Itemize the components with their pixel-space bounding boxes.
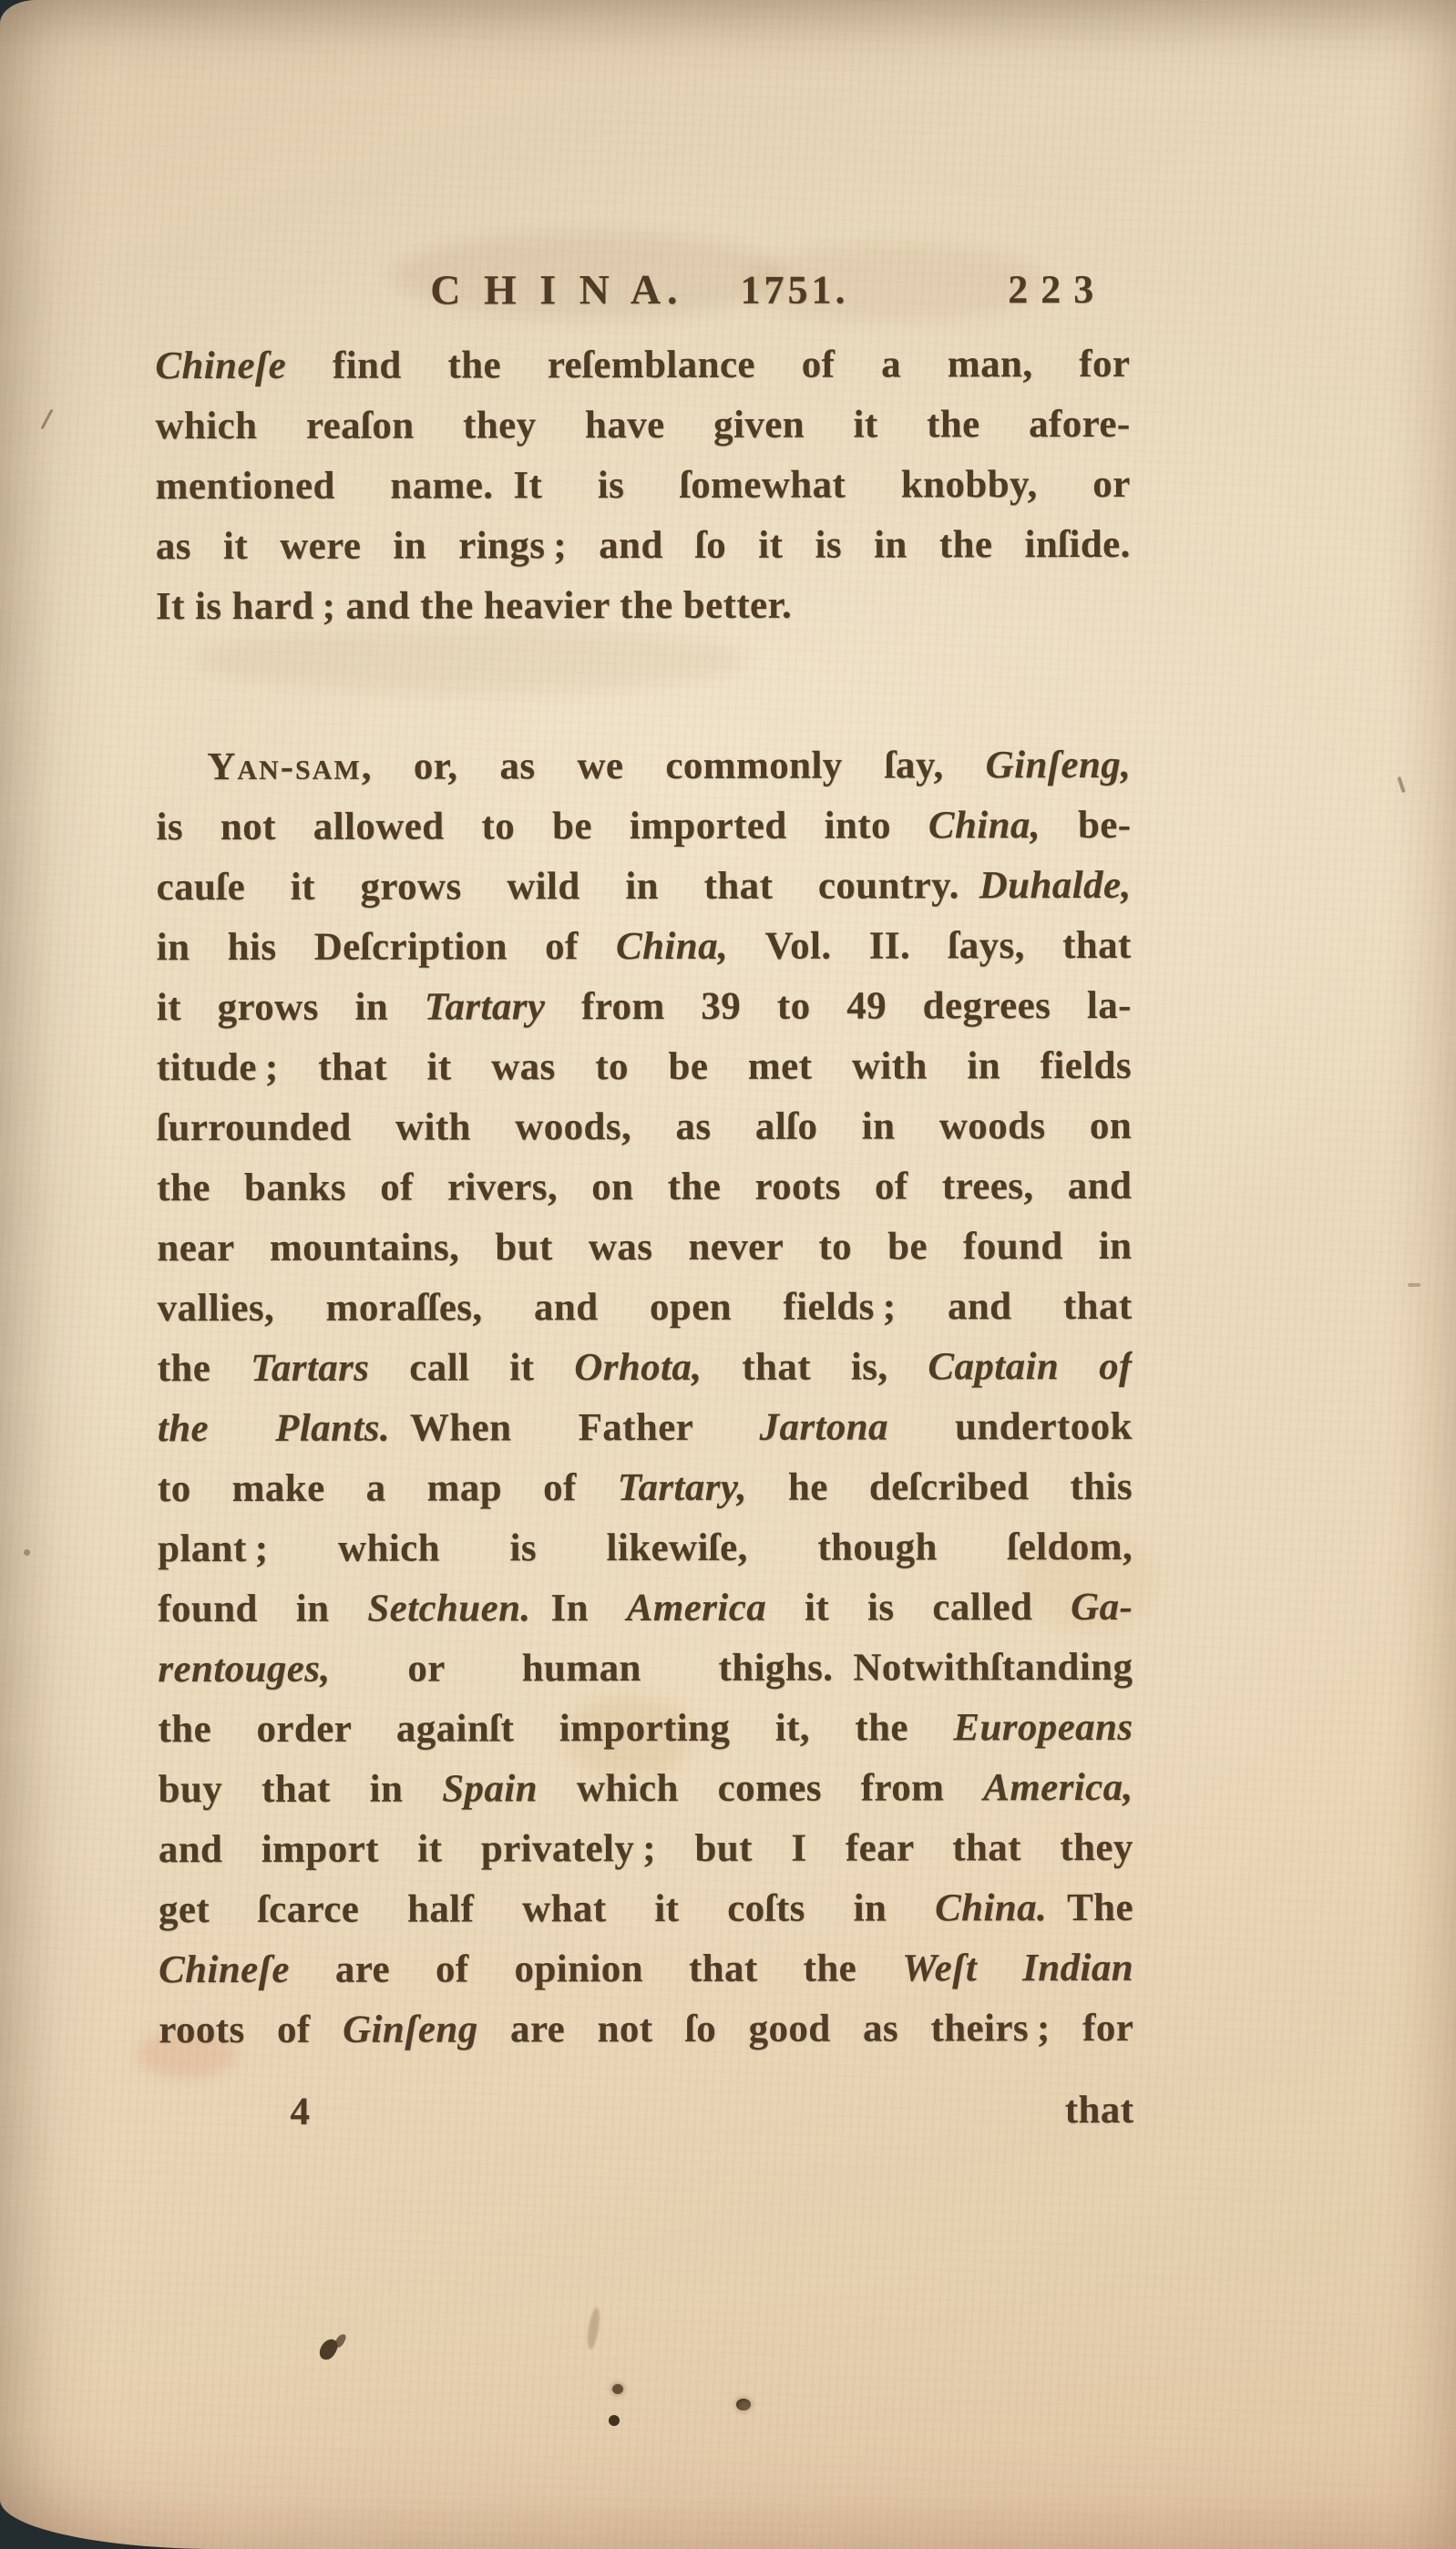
text-line: ſurrounded with woods, as alſo in woods … <box>157 1096 1132 1158</box>
text-segment: call it <box>369 1346 574 1389</box>
text-segment: plant ; which is likewiſe, though ſeldom… <box>158 1526 1133 1570</box>
text-segment: China, <box>928 804 1041 847</box>
text-segment: which comes from <box>538 1766 983 1810</box>
text-segment: Tartary, <box>618 1466 747 1509</box>
text-segment: In <box>530 1587 626 1629</box>
text-segment: found in <box>158 1588 367 1630</box>
text-segment: rentouges, <box>158 1648 330 1691</box>
text-segment: be- <box>1041 804 1132 847</box>
text-segment: The <box>1047 1886 1133 1929</box>
text-segment: America, <box>983 1766 1133 1809</box>
text-segment: Tartars <box>251 1347 369 1390</box>
text-segment: are not ſo good as theirs ; for <box>478 2007 1134 2051</box>
text-segment: vallies, moraſſes, and open fields ; and… <box>157 1285 1132 1330</box>
page-footer: 4 that <box>159 2081 1133 2143</box>
text-line: Chineſe find the reſemblance of a man, f… <box>155 334 1130 396</box>
text-segment: the banks of rivers, on the roots of tre… <box>157 1165 1132 1209</box>
text-line: the Plants. When Father Jartona undertoo… <box>158 1397 1133 1459</box>
text-segment: Duhalde, <box>979 864 1132 907</box>
text-segment: mentioned name. It is ſomewhat knobby, o… <box>156 463 1131 508</box>
text-segment: the <box>158 1347 251 1390</box>
signature-mark: 4 <box>290 2082 310 2143</box>
text-segment: America <box>627 1587 766 1629</box>
text-segment: cauſe it grows wild in that country. <box>157 864 979 909</box>
text-segment: China. <box>935 1886 1047 1929</box>
text-line: plant ; which is likewiſe, though ſeldom… <box>158 1517 1133 1579</box>
text-segment: to make a map of <box>158 1466 618 1510</box>
text-segment: in his Deſcription of <box>157 925 616 969</box>
header-year: 1751. <box>740 261 848 321</box>
text-segment: Chineſe <box>155 344 286 387</box>
body-paragraph-1: Chineſe find the reſemblance of a man, f… <box>155 334 1131 637</box>
header-title: C H I N A. <box>430 260 683 321</box>
text-segment: Spain <box>442 1767 538 1810</box>
text-segment: which reaſon they have given it the afor… <box>155 403 1130 447</box>
text-segment: as it were in rings ; and ſo it is in th… <box>156 523 1131 568</box>
page-body: Chineſe find the reſemblance of a man, f… <box>155 334 1133 2061</box>
text-segment: When Father <box>390 1406 760 1450</box>
page-number: 223 <box>1008 260 1106 320</box>
text-segment: undertook <box>888 1405 1133 1449</box>
body-paragraph-2: Yan-sam, or, as we commonly ſay, Ginſeng… <box>156 735 1133 2061</box>
text-segment: or human thighs. Notwithſtanding <box>330 1646 1133 1691</box>
text-line: is not allowed to be imported into China… <box>156 796 1131 858</box>
catchword: that <box>1065 2081 1134 2141</box>
text-segment: Yan-sam <box>207 745 361 788</box>
text-line: the banks of rivers, on the roots of tre… <box>157 1156 1132 1218</box>
text-segment: the Plants. <box>158 1407 390 1451</box>
text-line: mentioned name. It is ſomewhat knobby, o… <box>156 455 1131 517</box>
text-line: Yan-sam, or, as we commonly ſay, Ginſeng… <box>156 735 1131 797</box>
text-segment: near mountains, but was never to be foun… <box>157 1225 1132 1269</box>
text-segment: Vol. II. ſays, that <box>728 924 1132 968</box>
text-segment: and import it privately ; but I fear tha… <box>159 1826 1133 1871</box>
text-line: titude ; that it was to be met with in f… <box>157 1036 1132 1098</box>
text-segment: Orhota, <box>574 1346 702 1389</box>
text-segment: Captain of <box>928 1345 1132 1388</box>
text-line: rentouges, or human thighs. Notwithſtand… <box>158 1638 1133 1700</box>
text-segment: titude ; that it was to be met with in f… <box>157 1044 1132 1089</box>
text-segment: Ga- <box>1071 1586 1133 1629</box>
text-line: the Tartars call it Orhota, that is, Cap… <box>158 1337 1133 1399</box>
text-line: to make a map of Tartary, he deſcribed t… <box>158 1457 1133 1519</box>
text-segment: Ginſeng, <box>986 744 1132 786</box>
text-line: roots of Ginſeng are not ſo good as thei… <box>159 1999 1133 2061</box>
text-line: near mountains, but was never to be foun… <box>157 1217 1132 1279</box>
text-line: Chineſe are of opinion that the Weſt Ind… <box>159 1938 1133 2000</box>
text-segment: Weſt Indian <box>902 1947 1133 1990</box>
text-segment: is not allowed to be imported into <box>156 804 928 848</box>
scanned-book-page: { "colors": { "ink": "#4f3c26", "paper":… <box>0 0 1456 2549</box>
text-line: buy that in Spain which comes from Ameri… <box>159 1758 1133 1820</box>
text-segment: it grows in <box>157 986 425 1030</box>
text-segment: it is called <box>766 1586 1071 1629</box>
text-line: cauſe it grows wild in that country. Duh… <box>157 856 1132 918</box>
text-line: the order againſt importing it, the Euro… <box>158 1698 1133 1760</box>
text-column: C H I N A. 1751. 223 Chineſe find the re… <box>155 0 1134 2143</box>
text-line: It is hard ; and the heavier the better. <box>156 575 1131 637</box>
text-line: and import it privately ; but I fear tha… <box>159 1818 1133 1880</box>
text-segment: , or, as we commonly ſay, <box>362 744 986 787</box>
text-line: vallies, moraſſes, and open fields ; and… <box>157 1277 1132 1339</box>
text-segment: are of opinion that the <box>290 1947 902 1990</box>
text-segment: Jartona <box>759 1405 888 1448</box>
text-segment: get ſcarce half what it coſts in <box>159 1886 935 1931</box>
text-segment: from 39 to 49 degrees la- <box>545 984 1132 1028</box>
text-segment: roots of <box>159 2009 343 2051</box>
text-segment: find the reſemblance of a man, for <box>286 343 1130 387</box>
text-line: it grows in Tartary from 39 to 49 degree… <box>157 976 1132 1038</box>
text-segment: the order againſt importing it, the <box>158 1706 953 1751</box>
text-segment: Tartary <box>425 985 546 1028</box>
text-segment: buy that in <box>159 1767 443 1811</box>
text-segment: Setchuen. <box>367 1587 530 1629</box>
running-header: C H I N A. 1751. 223 <box>155 259 1130 322</box>
text-line: found in Setchuen. In America it is call… <box>158 1578 1133 1639</box>
text-line: get ſcarce half what it coſts in China. … <box>159 1878 1133 1940</box>
text-segment: Europeans <box>953 1706 1133 1749</box>
text-segment: he deſcribed this <box>747 1465 1133 1509</box>
text-segment: China, <box>616 925 728 968</box>
text-segment: Ginſeng <box>343 2008 478 2051</box>
text-segment: ſurrounded with woods, as alſo in woods … <box>157 1105 1132 1149</box>
text-line: as it were in rings ; and ſo it is in th… <box>156 515 1131 577</box>
text-line: in his Deſcription of China, Vol. II. ſa… <box>157 916 1132 978</box>
text-segment: Chineſe <box>159 1948 290 1991</box>
text-segment: It is hard ; and the heavier the better. <box>156 584 792 628</box>
text-line: which reaſon they have given it the afor… <box>155 395 1130 457</box>
text-segment: that is, <box>702 1345 928 1389</box>
